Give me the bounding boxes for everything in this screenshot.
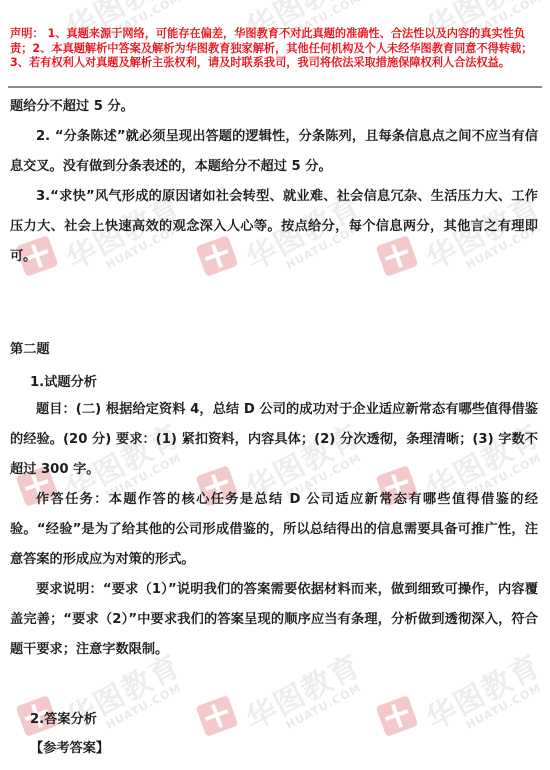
- huatu-logo-icon: [196, 695, 239, 737]
- reference-answer-label: 【参考答案】: [30, 737, 109, 756]
- paragraph-requirements: 要求说明：“要求（1）”说明我们的答案需要依据材料而来，做到细致可操作，内容覆盖…: [10, 575, 538, 665]
- header-divider: [8, 86, 542, 88]
- paragraph-question: 题目：(二) 根据给定资料 4，总结 D 公司的成功对于企业适应新常态有哪些值得…: [10, 395, 538, 485]
- paragraph-point-3: 3.“求快”风气形成的原因诸如社会转型、就业难、社会信息冗杂、生活压力大、工作压…: [10, 182, 538, 272]
- disclaimer-notice: 声明： 1、真题来源于网络，可能存在偏差，华图教育不对此真题的准确性、合法性以及…: [10, 27, 540, 71]
- subsection-heading-answer: 2.答案分析: [30, 708, 97, 727]
- paragraph-task: 作答任务：本题作答的核心任务是总结 D 公司适应新常态有哪些值得借鉴的经验。“经…: [10, 485, 538, 575]
- huatu-logo-icon: [376, 695, 419, 737]
- watermark-logo: 华图教育HUATU.COM: [190, 660, 370, 770]
- subsection-heading-analysis: 1.试题分析: [30, 371, 97, 390]
- question-heading: 第二题: [10, 338, 50, 357]
- paragraph-continuation: 题给分不超过 5 分。: [10, 92, 538, 122]
- paragraph-point-2: 2. “分条陈述”就必须呈现出答题的逻辑性，分条陈列，且每条信息点之间不应当有信…: [10, 122, 538, 182]
- watermark-logo: 华图教育HUATU.COM: [370, 660, 550, 770]
